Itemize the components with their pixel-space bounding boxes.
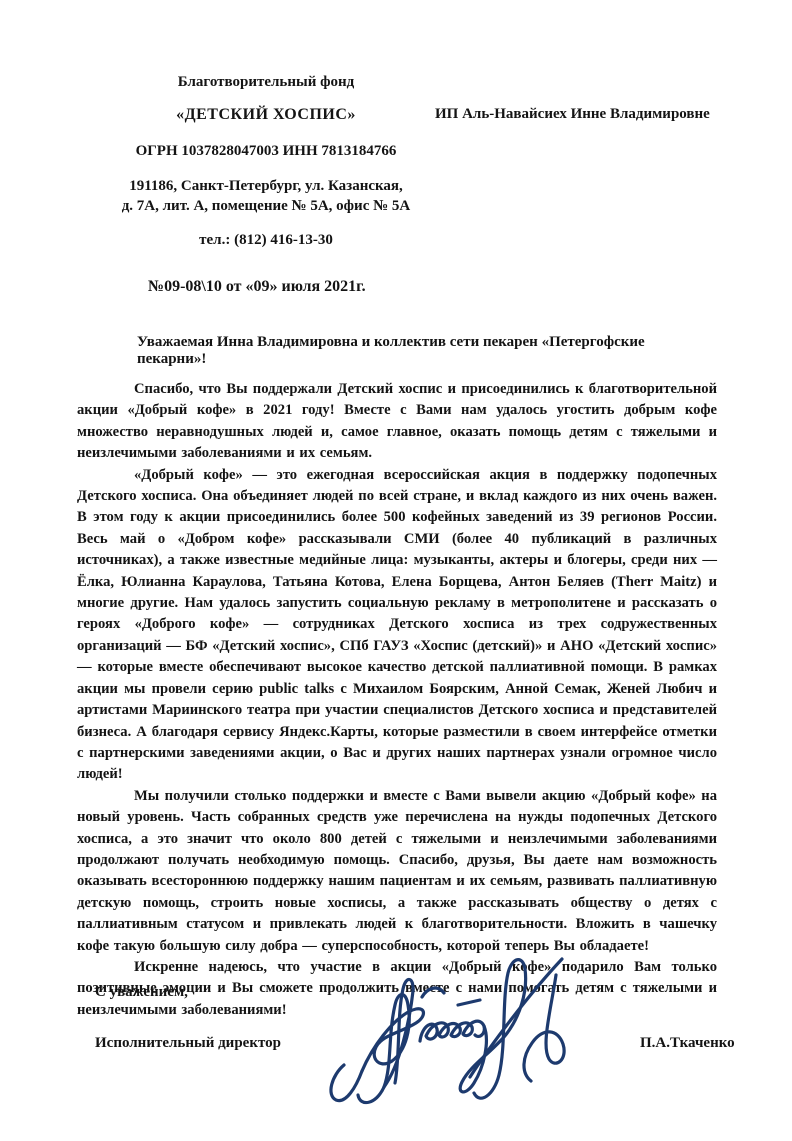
sender-header: Благотворительный фонд «ДЕТСКИЙ ХОСПИС» …: [90, 72, 442, 250]
closing-regards: С уважением,: [95, 984, 188, 1001]
paragraph-1: Спасибо, что Вы поддержали Детский хоспи…: [77, 379, 717, 465]
signature-ink-image: [322, 946, 590, 1118]
salutation: Уважаемая Инна Владимировна и коллектив …: [77, 334, 717, 368]
letter-page: Благотворительный фонд «ДЕТСКИЙ ХОСПИС» …: [0, 0, 792, 1141]
org-address-line2: д. 7А, лит. А, помещение № 5А, офис № 5А: [90, 196, 442, 216]
paragraph-3: Мы получили столько поддержки и вместе с…: [77, 786, 717, 957]
signer-title: Исполнительный директор: [95, 1035, 281, 1052]
paragraph-2: «Добрый кофе» — это ежегодная всероссийс…: [77, 465, 717, 786]
letter-body: Уважаемая Инна Владимировна и коллектив …: [77, 334, 717, 1021]
recipient: ИП Аль-Навайсиех Инне Владимировне: [435, 106, 745, 123]
org-ogrn-inn: ОГРН 1037828047003 ИНН 7813184766: [90, 141, 442, 161]
org-address-line1: 191186, Санкт-Петербург, ул. Казанская,: [90, 176, 442, 196]
reference-number-and-date: №09-08\10 от «09» июля 2021г.: [148, 278, 366, 296]
signature-svg: [322, 946, 590, 1118]
org-phone: тел.: (812) 416-13-30: [90, 230, 442, 250]
org-type: Благотворительный фонд: [90, 72, 442, 92]
org-name: «ДЕТСКИЙ ХОСПИС»: [90, 105, 442, 125]
signer-name: П.А.Ткаченко: [640, 1035, 735, 1052]
